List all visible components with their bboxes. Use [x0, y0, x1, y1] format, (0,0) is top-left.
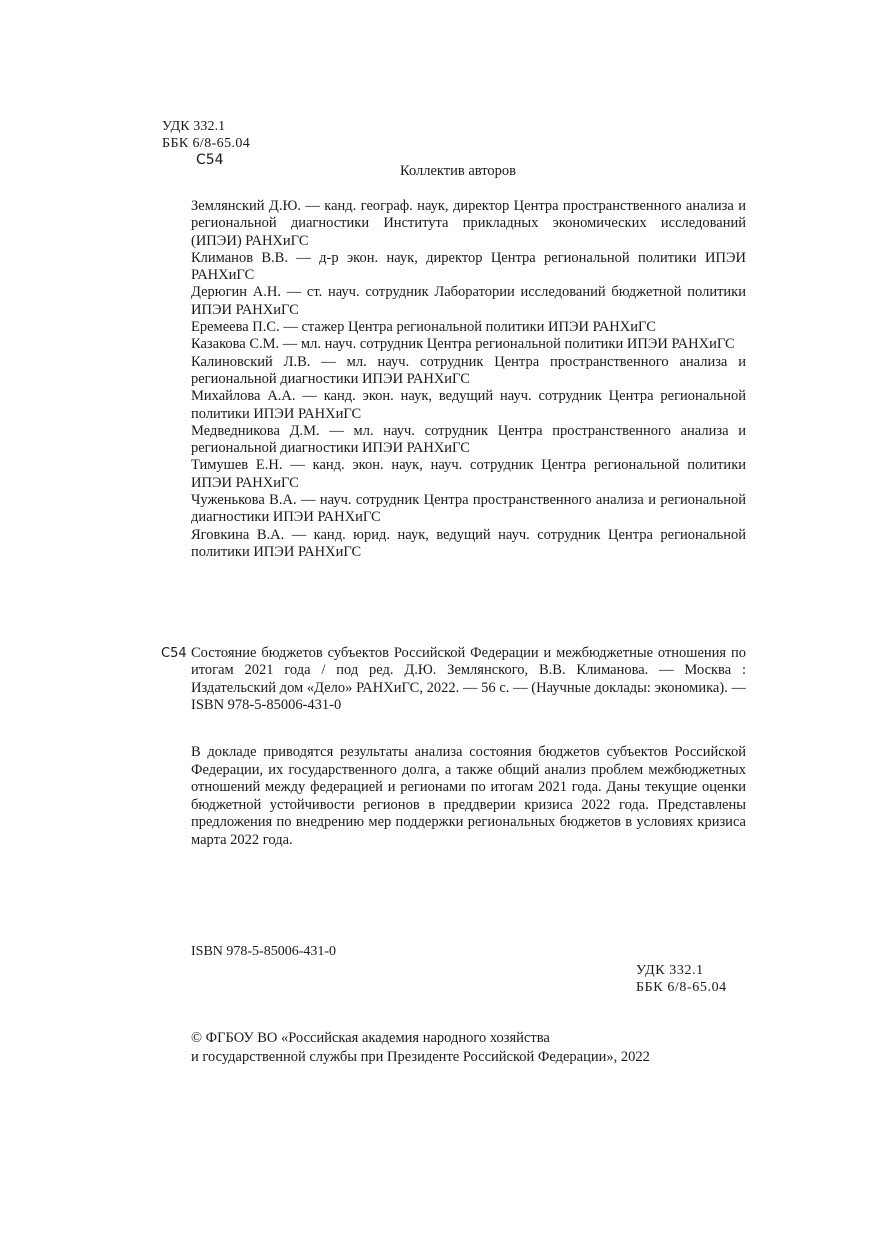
bbk-code: ББК 6/8-65.04 — [162, 135, 250, 152]
bbk-code: ББК 6/8-65.04 — [636, 979, 727, 996]
author-entry: Михайлова А.А. — канд. экон. наук, ведущ… — [191, 388, 746, 423]
author-entry: Еремеева П.С. — стажер Центра региональн… — [191, 319, 746, 336]
author-entry: Калиновский Л.В. — мл. науч. сотрудник Ц… — [191, 354, 746, 389]
bibliographic-code: С54 — [161, 645, 187, 662]
classification-codes-top: УДК 332.1 ББК 6/8-65.04 С54 — [162, 118, 250, 169]
author-entry: Климанов В.В. — д-р экон. наук, директор… — [191, 250, 746, 285]
author-entry: Тимушев Е.Н. — канд. экон. наук, науч. с… — [191, 457, 746, 492]
author-entry: Медведникова Д.М. — мл. науч. сотрудник … — [191, 423, 746, 458]
document-page: УДК 332.1 ББК 6/8-65.04 С54 Коллектив ав… — [0, 0, 875, 1241]
authors-heading: Коллектив авторов — [400, 163, 516, 180]
author-entry: Казакова С.М. — мл. науч. сотрудник Цент… — [191, 336, 746, 353]
udk-code: УДК 332.1 — [636, 962, 727, 979]
authors-list: Землянский Д.Ю. — канд. географ. наук, д… — [191, 198, 746, 561]
isbn: ISBN 978-5-85006-431-0 — [191, 944, 336, 960]
author-entry: Чуженькова В.А. — науч. сотрудник Центра… — [191, 492, 746, 527]
abstract-paragraph: В докладе приводятся результаты анализа … — [191, 744, 746, 849]
udk-code: УДК 332.1 — [162, 118, 250, 135]
copyright-notice: © ФГБОУ ВО «Российская академия народног… — [191, 1029, 650, 1066]
author-entry: Землянский Д.Ю. — канд. географ. наук, д… — [191, 198, 746, 250]
author-sign: С54 — [196, 152, 250, 169]
author-entry: Дерюгин А.Н. — ст. науч. сотрудник Лабор… — [191, 284, 746, 319]
author-entry: Яговкина В.А. — канд. юрид. наук, ведущи… — [191, 527, 746, 562]
bibliographic-text: Состояние бюджетов субъектов Российской … — [191, 645, 746, 714]
classification-codes-bottom: УДК 332.1 ББК 6/8-65.04 — [636, 962, 727, 996]
copyright-line: © ФГБОУ ВО «Российская академия народног… — [191, 1029, 650, 1048]
bibliographic-record: С54 Состояние бюджетов субъектов Российс… — [161, 645, 746, 714]
copyright-line: и государственной службы при Президенте … — [191, 1048, 650, 1067]
